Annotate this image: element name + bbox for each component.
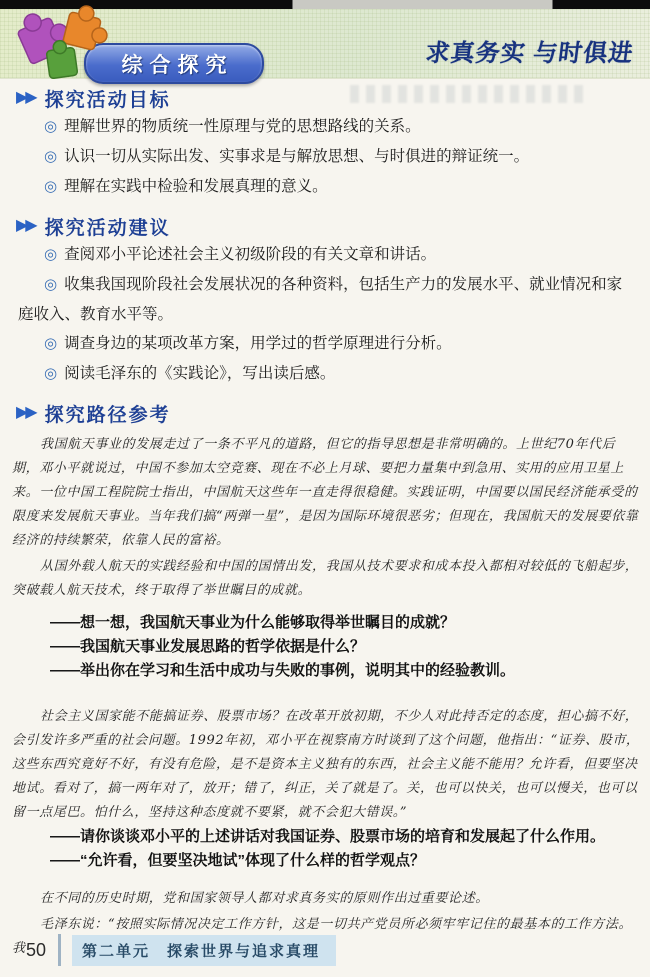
list-item-text: 收集我国现阶段社会发展状况的各种资料，包括生产力的发展水平、就业情况和家庭收入、… xyxy=(18,276,622,323)
question-group-space: ——想一想，我国航天事业为什么能够取得举世瞩目的成就？ ——我国航天事业发展思路… xyxy=(0,611,650,683)
list-item-text: 认识一切从实际出发、实事求是与解放思想、与时俱进的辩证统一。 xyxy=(64,148,529,165)
question-line: ——举出你在学习和生活中成功与失败的事例，说明其中的经验教训。 xyxy=(18,659,638,683)
section-heading-reference: ▶▶ 探究路径参考 xyxy=(16,401,650,425)
reference-paragraph-stock-market: 社会主义国家能不能搞证券、股票市场？在改革开放初期，不少人对此持否定的态度，担心… xyxy=(12,705,640,825)
bullet-icon: ◎ xyxy=(44,336,57,352)
double-arrow-icon: ▶▶ xyxy=(16,218,35,234)
question-line: ——请你谈谈邓小平的上述讲话对我国证券、股票市场的培育和发展起了什么作用。 xyxy=(18,825,638,849)
list-item: ◎查阅邓小平论述社会主义初级阶段的有关文章和讲话。 xyxy=(18,240,636,270)
bullet-icon: ◎ xyxy=(44,179,57,195)
list-item: ◎认识一切从实际出发、实事求是与解放思想、与时俱进的辩证统一。 xyxy=(18,142,636,172)
section-heading-goals: ▶▶ 探究活动目标 xyxy=(16,86,650,110)
question-line: ——“允许看，但要坚决地试”体现了什么样的哲学观点？ xyxy=(18,849,638,873)
list-item: ◎收集我国现阶段社会发展状况的各种资料，包括生产力的发展水平、就业情况和家庭收入… xyxy=(18,270,636,329)
footer-divider xyxy=(58,934,61,966)
double-arrow-icon: ▶▶ xyxy=(16,90,35,106)
bullet-icon: ◎ xyxy=(44,366,57,382)
list-item: ◎阅读毛泽东的《实践论》，写出读后感。 xyxy=(18,359,636,389)
page-content: ▶▶ 探究活动目标 ◎理解世界的物质统一性原理与党的思想路线的关系。 ◎认识一切… xyxy=(0,78,650,961)
page-number: 50 xyxy=(26,940,46,961)
goals-list: ◎理解世界的物质统一性原理与党的思想路线的关系。 ◎认识一切从实际出发、实事求是… xyxy=(0,112,650,202)
question-line: ——我国航天事业发展思路的哲学依据是什么？ xyxy=(18,635,638,659)
section-title-goals: 探究活动目标 xyxy=(45,85,171,112)
puzzle-pieces-logo xyxy=(10,1,114,81)
list-item: ◎调查身边的某项改革方案，用学过的哲学原理进行分析。 xyxy=(18,329,636,359)
question-group-stock: ——请你谈谈邓小平的上述讲话对我国证券、股票市场的培育和发展起了什么作用。 ——… xyxy=(0,825,650,873)
bullet-icon: ◎ xyxy=(44,247,57,263)
list-item: ◎理解世界的物质统一性原理与党的思想路线的关系。 xyxy=(18,112,636,142)
unit-breadcrumb: 第二单元 探索世界与追求真理 xyxy=(72,935,336,966)
question-line: ——想一想，我国航天事业为什么能够取得举世瞩目的成就？ xyxy=(18,611,638,635)
page-title: 求真务实 与时俱进 xyxy=(424,33,636,68)
section-title-reference: 探究路径参考 xyxy=(45,400,171,427)
section-heading-suggestions: ▶▶ 探究活动建议 xyxy=(16,214,650,238)
unit-tab-label: 综合探究 xyxy=(115,49,234,79)
list-item-text: 查阅邓小平论述社会主义初级阶段的有关文章和讲话。 xyxy=(64,246,436,263)
list-item-text: 理解世界的物质统一性原理与党的思想路线的关系。 xyxy=(64,118,421,135)
textbook-page: 综合探究 求真务实 与时俱进 ▶▶ 探究活动目标 ◎理解世界的物质统一性原理与党… xyxy=(0,0,650,977)
bullet-icon: ◎ xyxy=(44,119,57,135)
list-item-text: 理解在实践中检验和发展真理的意义。 xyxy=(64,178,328,195)
page-footer: 50 第二单元 探索世界与追求真理 xyxy=(0,934,650,966)
reference-paragraph-manned-flight: 从国外载人航天的实践经验和中国的国情出发，我国从技术要求和成本投入都相对较低的飞… xyxy=(12,555,640,603)
double-arrow-icon: ▶▶ xyxy=(16,405,35,421)
reference-paragraph-leaders: 在不同的历史时期，党和国家领导人都对求真务实的原则作出过重要论述。 xyxy=(12,887,640,911)
bullet-icon: ◎ xyxy=(44,149,57,165)
bullet-icon: ◎ xyxy=(44,277,57,293)
list-item-text: 阅读毛泽东的《实践论》，写出读后感。 xyxy=(64,365,335,382)
suggestions-list: ◎查阅邓小平论述社会主义初级阶段的有关文章和讲话。 ◎收集我国现阶段社会发展状况… xyxy=(0,240,650,389)
list-item-text: 调查身边的某项改革方案，用学过的哲学原理进行分析。 xyxy=(64,335,452,352)
section-title-suggestions: 探究活动建议 xyxy=(45,213,171,240)
list-item: ◎理解在实践中检验和发展真理的意义。 xyxy=(18,172,636,202)
reference-paragraph-space-program: 我国航天事业的发展走过了一条不平凡的道路，但它的指导思想是非常明确的。上世纪70… xyxy=(12,433,640,553)
